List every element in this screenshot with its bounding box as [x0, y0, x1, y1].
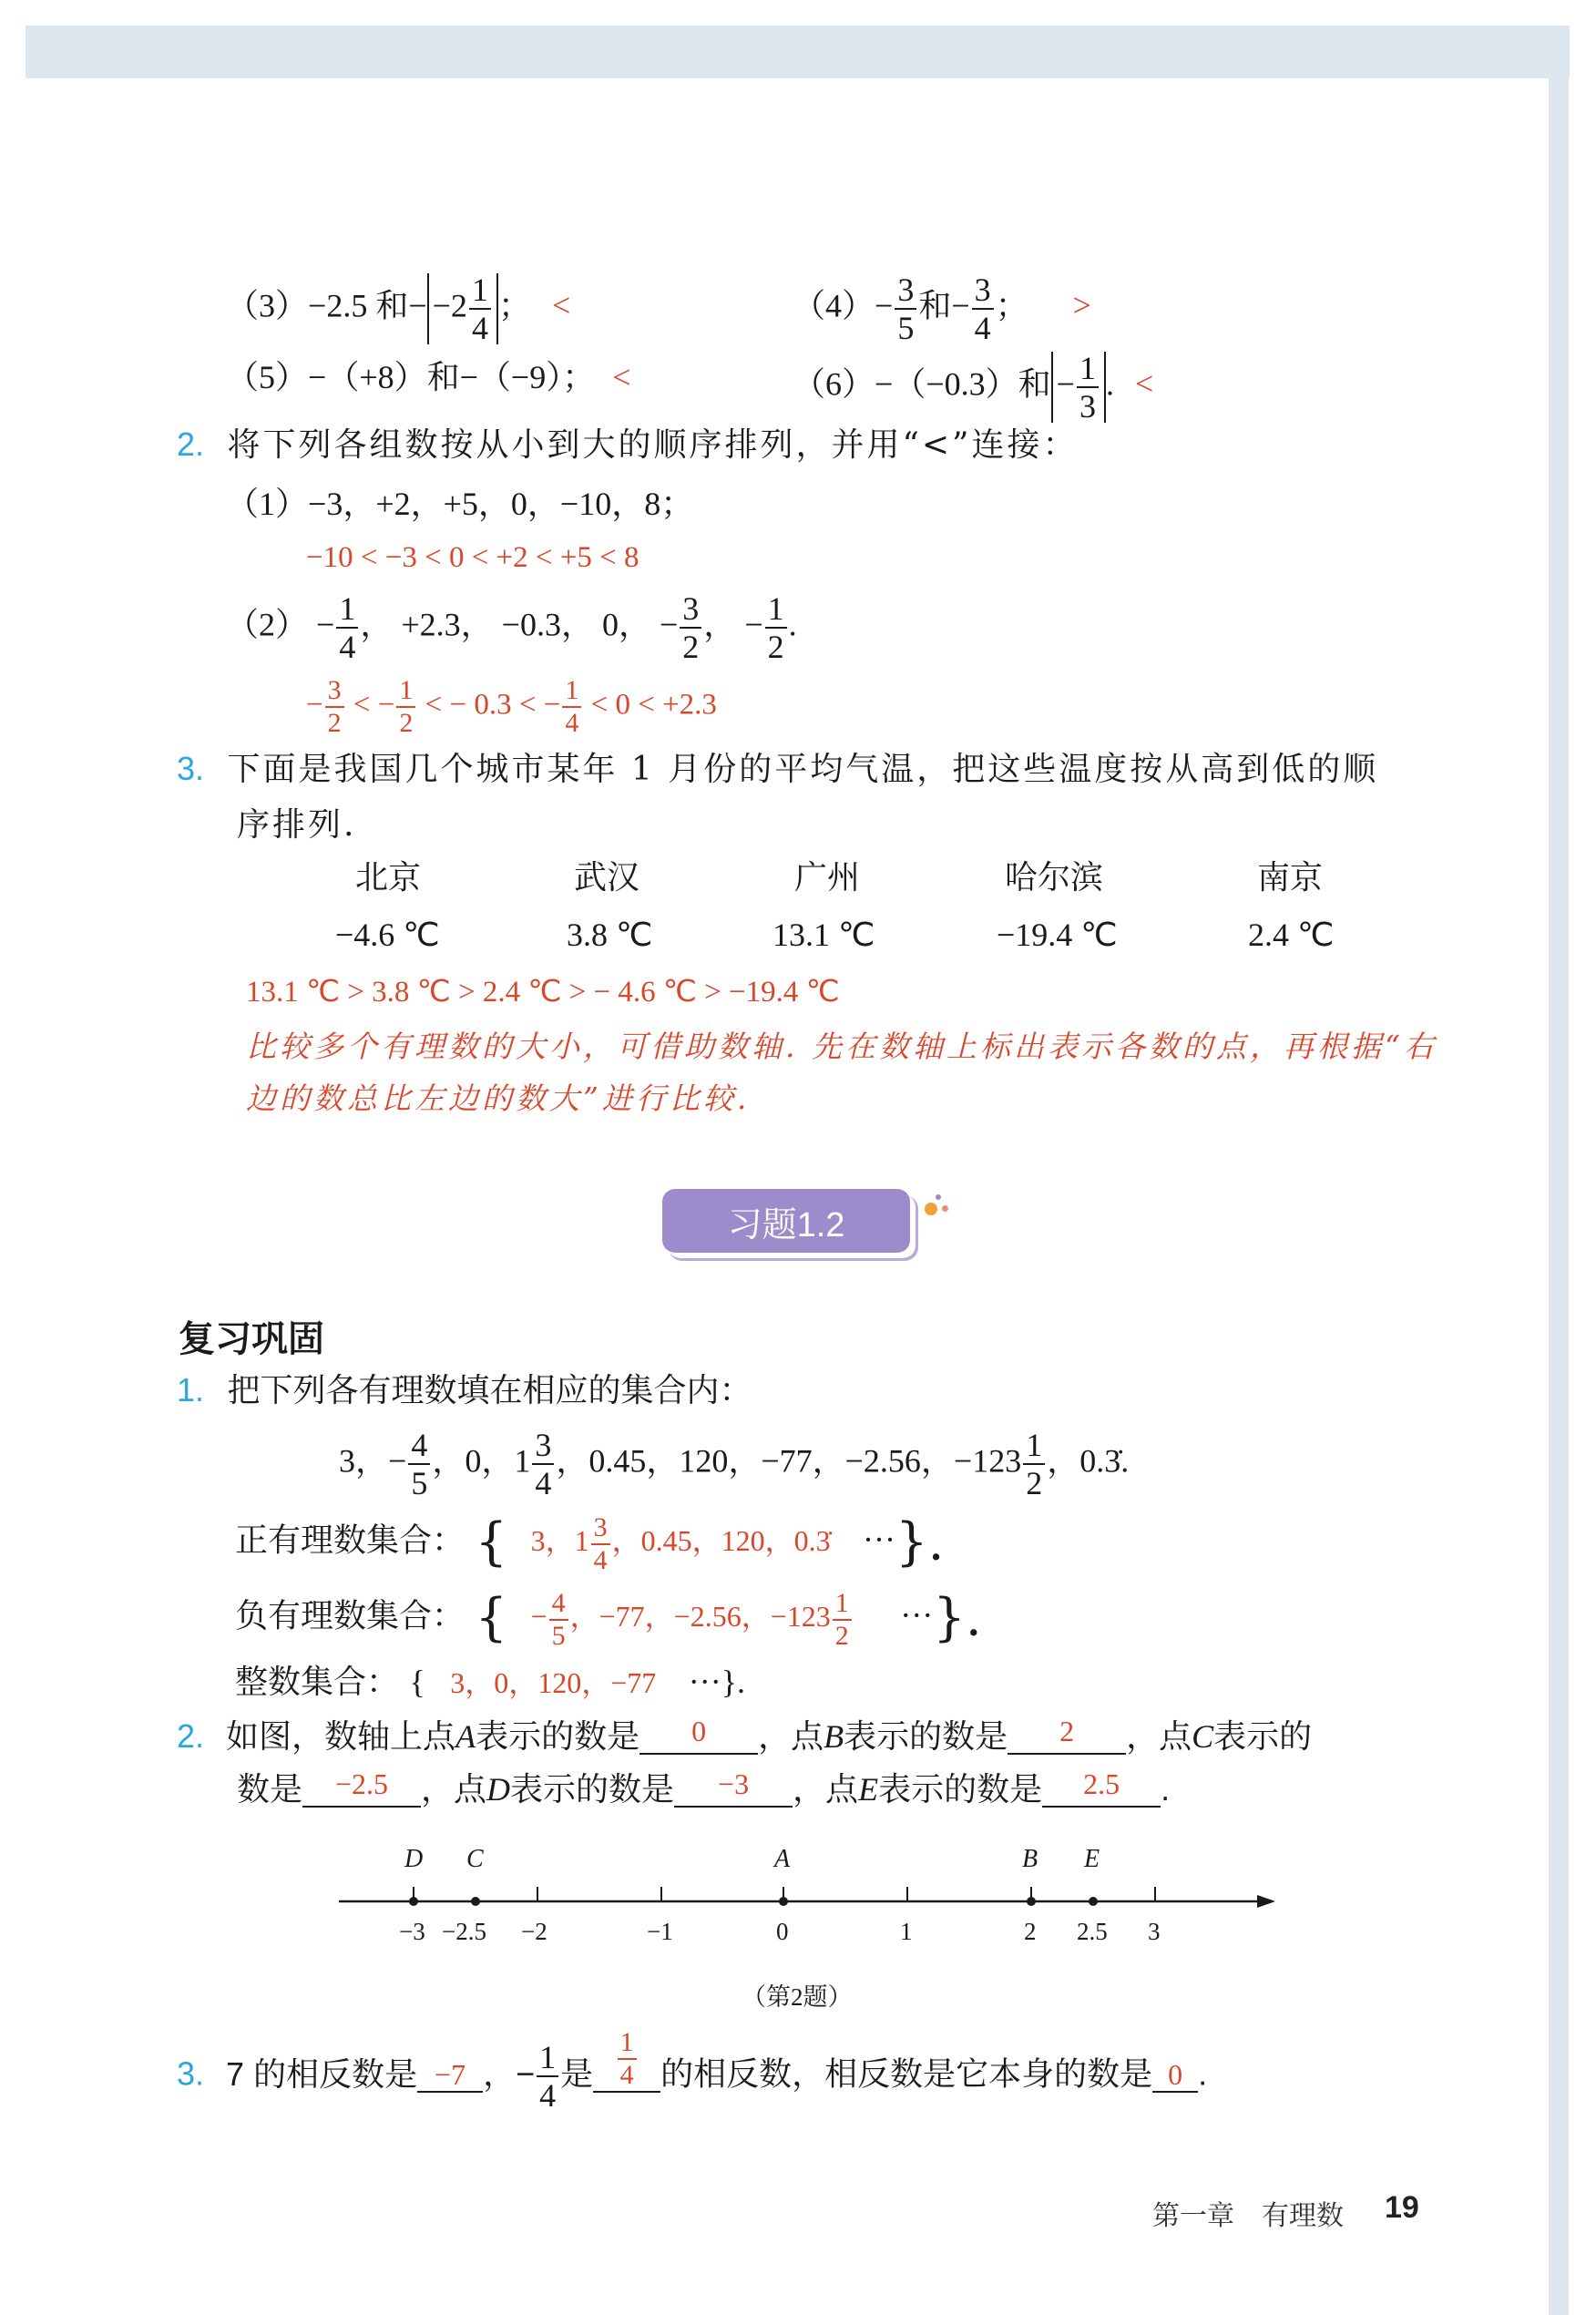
point-a-label: A [774, 1845, 790, 1874]
fraction: 14 [537, 2041, 558, 2112]
question-text: 表示的 [1213, 1717, 1312, 1755]
question-text: 如图，数轴上点 [226, 1717, 455, 1755]
open-brace: { [475, 1588, 507, 1647]
tick-label: 2.5 [1077, 1918, 1108, 1946]
answer-blank[interactable]: −7 [417, 2058, 483, 2093]
temp-harbin: −19.4 ℃ [997, 918, 1118, 951]
set-answer: −45，−77，−2.56，−12312 [531, 1600, 854, 1633]
question-text: 的相反数，相反数是它本身的数是 [660, 2055, 1152, 2093]
answer-text: ，−77，−2.56，−123 [570, 1600, 831, 1633]
open-brace: { [475, 1512, 507, 1572]
denominator: 2 [833, 1621, 852, 1650]
exercise-badge: 习题1.2 [662, 1189, 910, 1253]
numerator: 1 [336, 592, 358, 629]
sign: − [531, 1600, 547, 1633]
denominator: 5 [408, 1465, 430, 1500]
tick-label: −3 [399, 1918, 425, 1946]
temp-beijing: −4.6 ℃ [335, 918, 440, 951]
denominator: 4 [562, 708, 581, 737]
answer: < [612, 359, 630, 395]
temp-guangzhou: 13.1 ℃ [772, 918, 875, 951]
separator: . [789, 606, 797, 642]
close-brace: }. [895, 1512, 944, 1572]
answer: −3 [674, 1769, 793, 1798]
fraction: 32 [680, 592, 701, 663]
question-number: 1. [177, 1371, 204, 1408]
sign: − [306, 689, 323, 722]
question-text: 是 [560, 2055, 593, 2093]
numerator: 1 [469, 273, 491, 310]
numbers-text: ，0.45，120，−77，−2.56，−123 [556, 1442, 1021, 1479]
question-text: ，点 [1126, 1717, 1192, 1755]
point-label: B [824, 1718, 844, 1755]
denominator: 3 [1077, 388, 1099, 423]
integer-set: 整数集合： { 3，0，120，−77 ···}. [235, 1665, 745, 1699]
answer: < [552, 287, 570, 323]
question-text: 把下列各有理数填在相应的集合内： [227, 1371, 752, 1408]
item-text: − [875, 287, 893, 323]
decor-dot-orange [925, 1203, 937, 1215]
fraction: 12 [833, 1590, 852, 1650]
denominator: 4 [972, 310, 994, 344]
value: −0.3， [502, 606, 594, 642]
city-guangzhou: 广州 [794, 862, 860, 895]
numerator: 4 [408, 1429, 430, 1465]
denominator: 4 [618, 2060, 637, 2089]
question-text: 表示的数是 [510, 1770, 674, 1808]
item-label: （5） [226, 359, 308, 395]
separator: ， [703, 606, 736, 642]
fraction: 12 [765, 592, 787, 663]
item-text: −（+8）和−（−9）； [308, 359, 595, 395]
numerator: 4 [549, 1590, 568, 1621]
question-number: 3. [177, 2055, 204, 2093]
answer-text: ，0.45，120，0.3̇ [612, 1524, 831, 1557]
close-brace: }. [933, 1588, 981, 1647]
item-text: −2.5 和− [308, 287, 427, 323]
numerator: 3 [895, 273, 916, 310]
answer: 0 [639, 1716, 758, 1746]
numbers-text: ，0.3̇. [1047, 1442, 1129, 1479]
answer: −7 [417, 2060, 483, 2089]
review-q3: 3. 7 的相反数是−7 ，−14是14 的相反数，相反数是它本身的数是0 . [177, 2041, 1207, 2112]
negative-set: 负有理数集合： { −45，−77，−2.56，−12312 ···}. [235, 1590, 982, 1650]
set-label: 负有理数集合： [235, 1596, 465, 1634]
value: +2.3， [401, 606, 493, 642]
question-text: ，点 [793, 1770, 858, 1808]
answer-blank[interactable]: 2 [1008, 1720, 1126, 1755]
q3-hint-line1: 比较多个有理数的大小，可借助数轴. 先在数轴上标出表示各数的点，再根据“右 [246, 1023, 1437, 1066]
fraction: 12 [396, 677, 415, 737]
fraction: 14 [336, 592, 358, 663]
abs-prefix: − [1057, 365, 1075, 402]
fraction: 45 [408, 1429, 430, 1500]
denominator: 4 [532, 1465, 554, 1500]
denominator: 2 [680, 629, 701, 663]
question-number: 3. [177, 750, 204, 787]
numerator: 1 [1077, 352, 1099, 388]
denominator: 2 [396, 708, 415, 737]
question-text: 将下列各组数按从小到大的顺序排列，并用“<”连接： [227, 426, 1078, 464]
tick-label: 1 [900, 1918, 913, 1946]
abs-prefix: −2 [433, 287, 467, 323]
review-q2-line1: 2. 如图，数轴上点A表示的数是0 ，点B表示的数是2 ，点C表示的 [177, 1720, 1312, 1755]
ellipsis: ··· [900, 1597, 933, 1634]
set-answer: 3，0，120，−77 [450, 1666, 656, 1699]
sign: − [378, 689, 395, 722]
fraction: 34 [972, 273, 994, 344]
part-label: （1） [226, 486, 308, 522]
point-label: C [1192, 1718, 1213, 1755]
question-text: ，− [483, 2055, 535, 2093]
tick-label: −2.5 [442, 1918, 486, 1946]
review-q1-numbers: 3，−45，0，134，0.45，120，−77，−2.56，−12312，0.… [339, 1429, 1129, 1500]
answer-text: 3，1 [531, 1524, 589, 1557]
city-wuhan: 武汉 [574, 862, 639, 895]
item-tail: ； [996, 287, 1028, 323]
sign: − [744, 606, 762, 642]
numbers-text: ，0，1 [432, 1442, 530, 1479]
answer: 0 [1152, 2060, 1198, 2089]
city-harbin: 哈尔滨 [1005, 862, 1103, 895]
denominator: 5 [895, 310, 916, 344]
numerator: 3 [591, 1514, 610, 1545]
q2-part1: （1）−3，+2，+5，0，−10，8； [226, 487, 693, 520]
numerator: 1 [765, 592, 787, 629]
fraction: 14 [562, 677, 581, 737]
numerator: 1 [562, 677, 581, 708]
numerator: 3 [972, 273, 994, 310]
point-b-label: B [1022, 1845, 1038, 1874]
q3-hint-line2: 边的数总比左边的数大”进行比较. [246, 1075, 750, 1118]
q2-part2-answer: −32 < −12 < − 0.3 < −14 < 0 < +2.3 [306, 677, 717, 737]
item-label: （3） [226, 287, 308, 323]
numerator: 3 [532, 1429, 554, 1465]
q3-prompt: 3. 下面是我国几个城市某年 1 月份的平均气温，把这些温度按从高到低的顺 [177, 753, 1378, 786]
question-text-line2: 序排列. [237, 809, 356, 842]
question-text: . [1198, 2055, 1207, 2093]
section-title: 复习巩固 [179, 1310, 324, 1362]
city-nanjing: 南京 [1257, 862, 1323, 895]
prev-item-3: （3）−2.5 和−−214； < [226, 273, 570, 344]
answer-blank[interactable]: 0 [639, 1720, 758, 1755]
sign: − [316, 606, 334, 642]
page-edge-right [1549, 73, 1569, 2315]
page-number: 19 [1385, 2190, 1419, 2226]
numbers-text: 3，− [339, 1442, 406, 1479]
question-text: 数是 [237, 1770, 302, 1808]
figure-caption: （第2题） [742, 1977, 853, 2013]
tick-label: −1 [647, 1918, 673, 1946]
decor-dot-pink [942, 1205, 948, 1212]
absolute-value: −214 [427, 273, 498, 344]
denominator: 2 [325, 708, 344, 737]
question-text: ，点 [758, 1717, 824, 1755]
question-number: 2. [177, 425, 204, 463]
answer-blank[interactable]: −2.5 [302, 1773, 421, 1808]
point-label: D [486, 1771, 510, 1808]
tick-label: −2 [521, 1918, 547, 1946]
answer-blank[interactable]: 0 [1152, 2058, 1198, 2093]
question-text: . [1161, 1770, 1170, 1808]
separator: ， [360, 606, 393, 642]
prev-item-6: （6）−（−0.3）和−13. < [793, 352, 1153, 423]
fraction: 13 [1077, 352, 1099, 423]
denominator: 2 [765, 629, 787, 663]
fraction: 14 [469, 273, 491, 344]
prev-item-4: （4）−35和−34； > [793, 273, 1091, 344]
item-tail: . [1106, 365, 1114, 402]
positive-set: 正有理数集合： { 3，134，0.45，120，0.3̇ ···}. [235, 1514, 944, 1574]
separator: < [346, 689, 378, 722]
set-label: 整数集合： [235, 1663, 399, 1700]
item-label: （6） [793, 365, 875, 402]
page-edge-top [26, 26, 1570, 78]
tick-label: 0 [776, 1918, 789, 1946]
answer: 14 [593, 2029, 660, 2089]
answer: −2.5 [302, 1769, 421, 1798]
answer: < [1135, 365, 1153, 402]
point-c-label: C [466, 1845, 484, 1874]
part-label: （2） [226, 606, 308, 642]
question-text: ，点 [421, 1770, 486, 1808]
denominator: 4 [537, 2077, 558, 2112]
q2-prompt: 2. 将下列各组数按从小到大的顺序排列，并用“<”连接： [177, 428, 1078, 462]
question-text: 下面是我国几个城市某年 1 月份的平均气温，把这些温度按从高到低的顺 [227, 751, 1378, 788]
q3-answer: 13.1 ℃ > 3.8 ℃ > 2.4 ℃ > − 4.6 ℃ > −19.4… [246, 973, 840, 1009]
review-q1-prompt: 1. 把下列各有理数填在相应的集合内： [177, 1374, 752, 1408]
tick-label: 2 [1024, 1918, 1037, 1946]
numerator: 1 [618, 2029, 637, 2060]
item-label: （4） [793, 287, 875, 323]
q2-part2: （2） −14， +2.3， −0.3， 0， −32， −12. [226, 592, 797, 663]
fraction: 14 [618, 2029, 637, 2089]
numerator: 1 [833, 1590, 852, 1621]
answer: 2 [1008, 1716, 1126, 1746]
city-beijing: 北京 [355, 862, 421, 895]
fraction: 35 [895, 273, 916, 344]
fraction: 12 [1023, 1429, 1045, 1500]
ellipsis: ··· [863, 1521, 895, 1558]
answer: 2.5 [1042, 1769, 1161, 1798]
item-tail: ； [498, 287, 531, 323]
chapter-title: 第一章 有理数 [1152, 2193, 1344, 2233]
fraction: 32 [325, 677, 344, 737]
review-q2-line2: 数是−2.5 ，点D表示的数是−3 ，点E表示的数是2.5 . [237, 1773, 1170, 1808]
denominator: 2 [1023, 1465, 1045, 1500]
sign: − [660, 606, 678, 642]
question-text: 表示的数是 [878, 1770, 1042, 1808]
tick-label: 3 [1148, 1918, 1161, 1946]
question-number: 2. [177, 1717, 204, 1755]
q2-part1-answer: −10 < −3 < 0 < +2 < +5 < 8 [306, 541, 639, 575]
point-d-label: D [404, 1845, 423, 1874]
question-text: 表示的数是 [476, 1717, 639, 1755]
denominator: 4 [469, 310, 491, 344]
ellipsis: ··· [689, 1664, 721, 1700]
denominator: 4 [591, 1545, 610, 1574]
separator: < − 0.3 < [417, 689, 543, 722]
number-line-figure: D C A B E −3 −2.5 −2 −1 0 1 2 2.5 3 [319, 1845, 1284, 1954]
fraction: 34 [532, 1429, 554, 1500]
open-brace: { [409, 1664, 425, 1700]
fraction: 45 [549, 1590, 568, 1650]
separator: < 0 < +2.3 [583, 689, 717, 722]
item-text: 和− [918, 287, 969, 323]
question-text: 表示的数是 [844, 1717, 1008, 1755]
part-text: −3，+2，+5，0，−10，8； [308, 486, 693, 522]
point-label: E [858, 1771, 878, 1808]
denominator: 4 [336, 629, 358, 663]
fraction: 34 [591, 1514, 610, 1574]
question-text: 7 的相反数是 [226, 2055, 417, 2093]
denominator: 5 [549, 1621, 568, 1650]
prev-item-5: （5）−（+8）和−（−9）； < [226, 361, 631, 394]
set-answer: 3，134，0.45，120，0.3̇ [531, 1524, 831, 1557]
item-text: −（−0.3）和 [875, 365, 1051, 402]
numerator: 3 [680, 592, 701, 629]
temp-wuhan: 3.8 ℃ [567, 918, 652, 951]
answer: > [1073, 287, 1091, 323]
set-label: 正有理数集合： [235, 1521, 465, 1558]
answer-blank[interactable]: 14 [593, 2058, 660, 2093]
temp-nanjing: 2.4 ℃ [1248, 918, 1334, 951]
badge-label: 习题1.2 [728, 1196, 845, 1246]
decor-dot-purple [936, 1194, 941, 1200]
value: 0， [602, 606, 651, 642]
point-label: A [455, 1718, 476, 1755]
numerator: 3 [325, 677, 344, 708]
answer-blank[interactable]: 2.5 [1042, 1773, 1161, 1808]
numerator: 1 [1023, 1429, 1045, 1465]
numerator: 1 [537, 2041, 558, 2077]
close-brace: }. [721, 1664, 745, 1700]
answer-blank[interactable]: −3 [674, 1773, 793, 1808]
absolute-value: −13 [1051, 352, 1106, 423]
numerator: 1 [396, 677, 415, 708]
sign: − [544, 689, 561, 722]
point-e-label: E [1084, 1845, 1100, 1874]
